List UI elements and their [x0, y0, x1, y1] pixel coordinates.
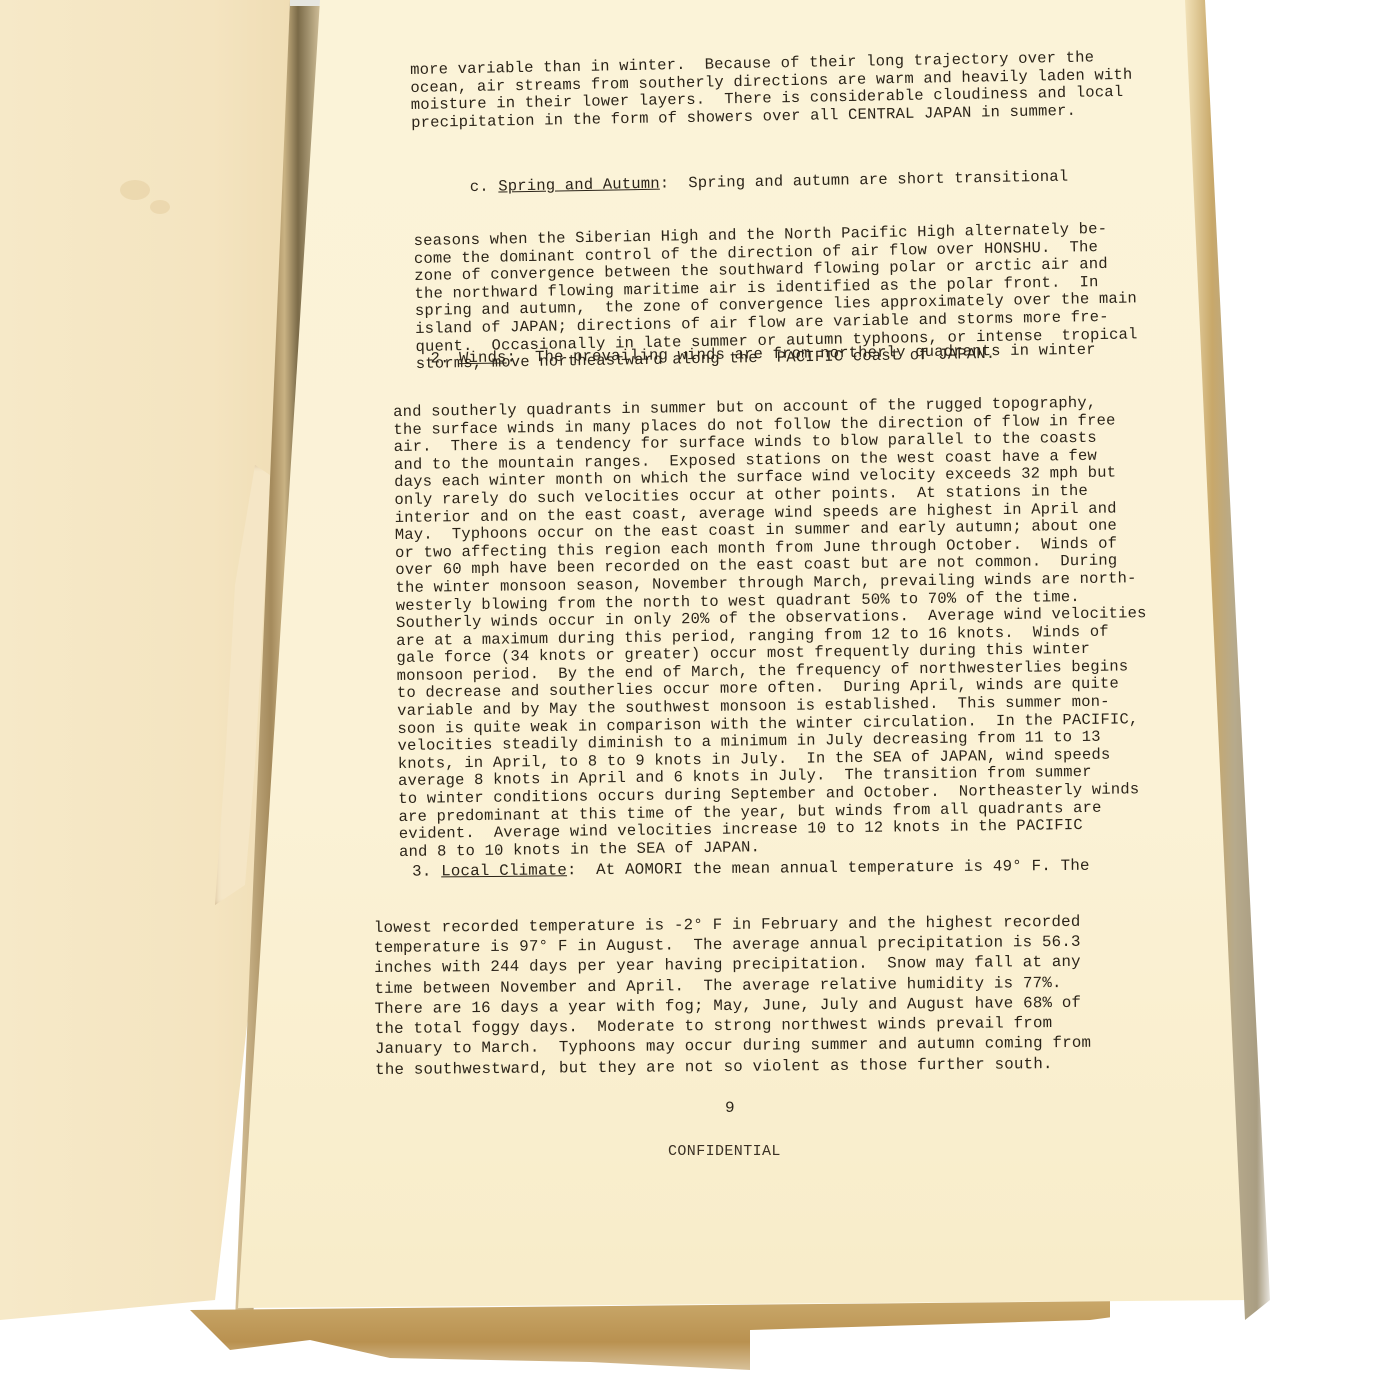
section-label: 3. — [412, 863, 432, 881]
section-label: c. — [470, 178, 489, 196]
paragraph-continuation: more variable than in winter. Because of… — [410, 49, 1133, 133]
section-heading: Winds — [459, 349, 507, 368]
section-winds: 2. Winds: The prevailing winds are from … — [392, 306, 1150, 896]
section-label: 2. — [430, 349, 449, 367]
section-text: : The prevailing winds are from northerl… — [507, 341, 1096, 367]
section-first-line: 2. Winds: The prevailing winds are from … — [392, 341, 1143, 368]
page-number: 9 — [725, 1100, 735, 1118]
section-heading: Local Climate — [441, 861, 567, 880]
section-first-line: c. Spring and Autumn: Spring and autumn … — [413, 168, 1135, 198]
section-heading: Spring and Autumn — [498, 175, 660, 196]
page-text: more variable than in winter. Because of… — [0, 0, 1400, 1400]
classification-marking: CONFIDENTIAL — [668, 1143, 781, 1161]
section-text: : At AOMORI the mean annual temperature … — [567, 857, 1090, 880]
section-text: : Spring and autumn are short transition… — [660, 168, 1069, 193]
section-local-climate: 3. Local Climate: At AOMORI the mean ann… — [373, 821, 1092, 1115]
section-first-line: 3. Local Climate: At AOMORI the mean ann… — [373, 856, 1089, 883]
